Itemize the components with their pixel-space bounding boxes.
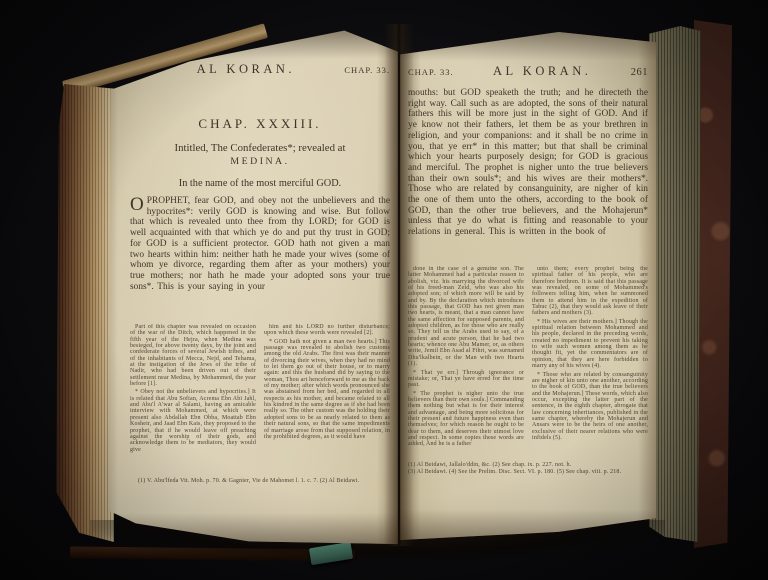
chapter-subtitle-line2: MEDINA. — [230, 156, 289, 167]
left-body-paragraph: PROPHET, fear GOD, and obey not the unbe… — [130, 196, 390, 292]
right-footnote-column-2: unto them; every prophet being the spiri… — [532, 266, 648, 456]
reference-line: (3) Al Beidawi. (4) See the Prelim. Disc… — [408, 469, 648, 476]
left-page: 260 AL KORAN. CHAP. 33. CHAP. XXXIII. In… — [100, 28, 398, 544]
footnote-paragraph: * GOD hath not given a man two hearts.] … — [264, 339, 390, 441]
right-body-text: mouths: but GOD speaketh the truth; and … — [408, 88, 648, 264]
chapter-heading: CHAP. XXXIII. — [130, 116, 390, 132]
right-footnotes: done in the case of a genuine son. The l… — [408, 266, 648, 456]
chapter-subtitle: Intitled, The Confederates*; revealed at… — [130, 142, 390, 168]
right-references: (1) Al Beidawi, Jallalo'ddin, &c. (2) Se… — [408, 462, 648, 476]
photo-background: 260 AL KORAN. CHAP. 33. CHAP. XXXIII. In… — [0, 0, 768, 580]
left-page-text-block: 260 AL KORAN. CHAP. 33. CHAP. XXXIII. In… — [130, 62, 390, 532]
left-fore-edge — [56, 84, 114, 542]
right-footnote-column-1: done in the case of a genuine son. The l… — [408, 266, 524, 456]
footnote-paragraph: * His wives are their mothers.] Though t… — [532, 319, 648, 370]
reference-line: (1) Al Beidawi, Jallalo'ddin, &c. (2) Se… — [408, 462, 648, 469]
left-chapter-label: CHAP. 33. — [344, 65, 390, 75]
left-footnote-column-2: him and his LORD no further disturbance;… — [264, 324, 390, 474]
chapter-subtitle-line1: Intitled, The Confederates*; revealed at — [175, 142, 346, 154]
footnote-paragraph: * That ye err.] Through ignorance or mis… — [408, 370, 524, 389]
right-page-header: CHAP. 33. AL KORAN. 261 — [408, 64, 648, 79]
footnote-paragraph: * Those who are related by consanguinity… — [532, 372, 648, 442]
footnote-paragraph: unto them; every prophet being the spiri… — [532, 266, 648, 317]
invocation-line: In the name of the most merciful GOD. — [130, 178, 390, 189]
right-page: CHAP. 33. AL KORAN. 261 mouths: but GOD … — [400, 30, 656, 540]
footnote-paragraph: * Obey not the unbelievers and hypocrite… — [130, 389, 256, 452]
left-running-title: AL KORAN. — [147, 62, 344, 77]
right-fore-edge — [649, 26, 701, 542]
footnote-paragraph: * The prophet is nigher unto the true be… — [408, 391, 524, 448]
footnote-paragraph: done in the case of a genuine son. The l… — [408, 266, 524, 368]
left-references: (1) V. Abu'lfeda Vit. Moh. p. 70. & Gagn… — [130, 478, 390, 485]
right-body-paragraph: mouths: but GOD speaketh the truth; and … — [408, 88, 648, 237]
footnote-paragraph: him and his LORD no further disturbance;… — [264, 324, 390, 337]
drop-cap: O — [130, 197, 144, 212]
left-footnotes: Part of this chapter was revealed on occ… — [130, 324, 390, 474]
footnote-paragraph: Part of this chapter was revealed on occ… — [130, 324, 256, 387]
left-footnote-column-1: Part of this chapter was revealed on occ… — [130, 324, 256, 474]
right-chapter-label: CHAP. 33. — [408, 67, 454, 77]
right-page-text-block: CHAP. 33. AL KORAN. 261 mouths: but GOD … — [408, 64, 648, 532]
right-page-number: 261 — [631, 67, 648, 78]
left-body-text: OPROPHET, fear GOD, and obey not the unb… — [130, 196, 390, 326]
right-running-title: AL KORAN. — [454, 64, 631, 79]
